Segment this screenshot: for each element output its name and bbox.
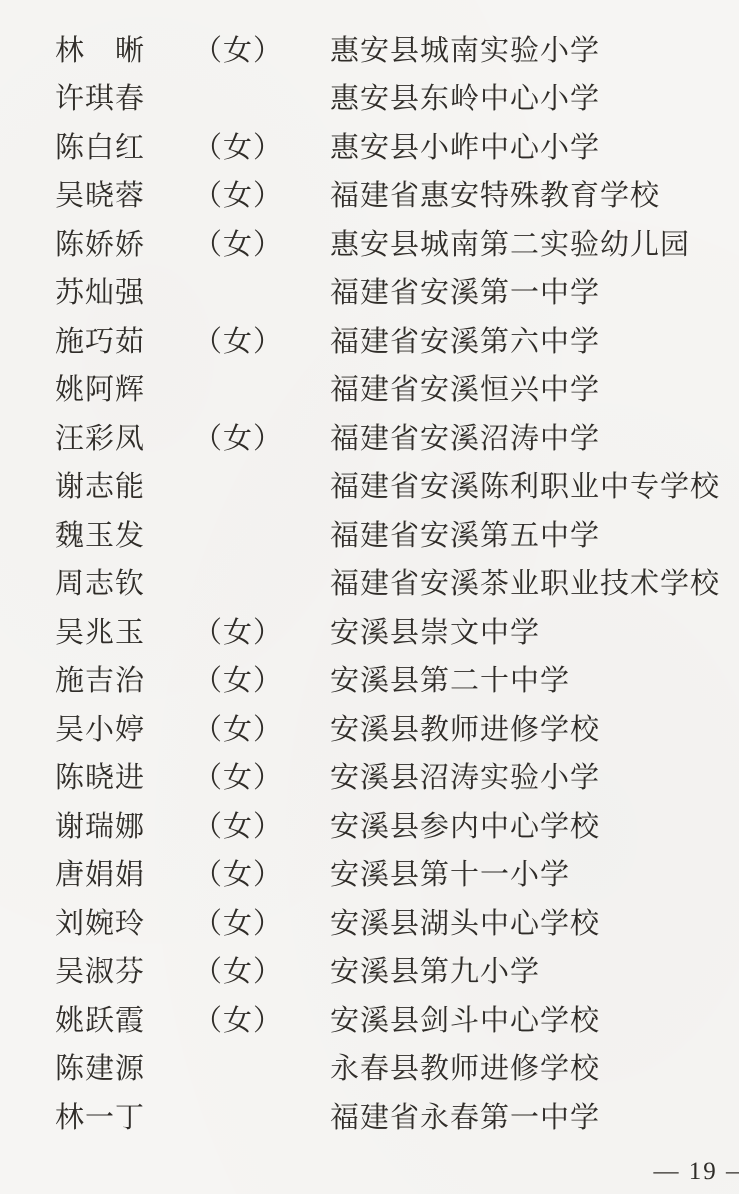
- gender-label: （女）: [193, 852, 330, 893]
- school-name: 惠安县城南第二实验幼儿园: [330, 222, 739, 263]
- gender-label: （女）: [193, 222, 330, 263]
- person-name: 姚阿辉: [55, 367, 193, 408]
- person-name: 陈晓进: [55, 755, 193, 796]
- school-name: 福建省安溪陈利职业中专学校: [330, 464, 739, 505]
- gender-label: （女）: [193, 319, 330, 360]
- gender-label: （女）: [193, 707, 330, 748]
- school-name: 福建省安溪恒兴中学: [330, 367, 739, 408]
- person-name: 汪彩凤: [55, 416, 193, 457]
- person-name: 施吉治: [55, 658, 193, 699]
- person-name: 魏玉发: [55, 513, 193, 554]
- person-name: 吴兆玉: [55, 610, 193, 651]
- roster-row: 陈白红 （女） 惠安县小岞中心小学: [0, 121, 739, 170]
- roster-row: 施吉治 （女） 安溪县第二十中学: [0, 655, 739, 704]
- school-name: 福建省惠安特殊教育学校: [330, 173, 739, 214]
- gender-label: （女）: [193, 28, 330, 69]
- person-name: 林一丁: [55, 1095, 193, 1136]
- person-name: 陈建源: [55, 1046, 193, 1087]
- roster-row: 施巧茹 （女） 福建省安溪第六中学: [0, 315, 739, 364]
- roster-row: 林一丁 福建省永春第一中学: [0, 1091, 739, 1140]
- roster-row: 汪彩凤 （女） 福建省安溪沼涛中学: [0, 412, 739, 461]
- gender-label: （女）: [193, 804, 330, 845]
- school-name: 福建省安溪茶业职业技术学校: [330, 561, 739, 602]
- roster-table: 林 晰 （女） 惠安县城南实验小学 许琪春 惠安县东岭中心小学 陈白红 （女） …: [0, 24, 739, 1140]
- roster-row: 谢志能 福建省安溪陈利职业中专学校: [0, 461, 739, 510]
- person-name: 姚跃霞: [55, 998, 193, 1039]
- person-name: 唐娟娟: [55, 852, 193, 893]
- school-name: 安溪县第二十中学: [330, 658, 739, 699]
- roster-row: 许琪春 惠安县东岭中心小学: [0, 73, 739, 122]
- roster-row: 魏玉发 福建省安溪第五中学: [0, 509, 739, 558]
- roster-row: 姚阿辉 福建省安溪恒兴中学: [0, 364, 739, 413]
- school-name: 安溪县剑斗中心学校: [330, 998, 739, 1039]
- gender-label: （女）: [193, 755, 330, 796]
- school-name: 惠安县小岞中心小学: [330, 125, 739, 166]
- school-name: 福建省安溪第一中学: [330, 270, 739, 311]
- person-name: 许琪春: [55, 76, 193, 117]
- roster-row: 谢瑞娜 （女） 安溪县参内中心学校: [0, 800, 739, 849]
- roster-row: 唐娟娟 （女） 安溪县第十一小学: [0, 849, 739, 898]
- person-name: 吴晓蓉: [55, 173, 193, 214]
- person-name: 吴小婷: [55, 707, 193, 748]
- gender-label: （女）: [193, 416, 330, 457]
- school-name: 安溪县第十一小学: [330, 852, 739, 893]
- gender-label: （女）: [193, 949, 330, 990]
- roster-row: 吴淑芬 （女） 安溪县第九小学: [0, 946, 739, 995]
- gender-label: （女）: [193, 658, 330, 699]
- person-name: 陈白红: [55, 125, 193, 166]
- school-name: 惠安县东岭中心小学: [330, 76, 739, 117]
- school-name: 福建省永春第一中学: [330, 1095, 739, 1136]
- roster-row: 陈建源 永春县教师进修学校: [0, 1043, 739, 1092]
- school-name: 安溪县湖头中心学校: [330, 901, 739, 942]
- school-name: 惠安县城南实验小学: [330, 28, 739, 69]
- gender-label: （女）: [193, 610, 330, 651]
- gender-label: （女）: [193, 998, 330, 1039]
- person-name: 吴淑芬: [55, 949, 193, 990]
- roster-row: 周志钦 福建省安溪茶业职业技术学校: [0, 558, 739, 607]
- roster-row: 陈娇娇 （女） 惠安县城南第二实验幼儿园: [0, 218, 739, 267]
- school-name: 永春县教师进修学校: [330, 1046, 739, 1087]
- gender-label: （女）: [193, 901, 330, 942]
- roster-row: 吴晓蓉 （女） 福建省惠安特殊教育学校: [0, 170, 739, 219]
- roster-row: 吴小婷 （女） 安溪县教师进修学校: [0, 703, 739, 752]
- school-name: 安溪县教师进修学校: [330, 707, 739, 748]
- person-name: 施巧茹: [55, 319, 193, 360]
- school-name: 安溪县沼涛实验小学: [330, 755, 739, 796]
- school-name: 安溪县参内中心学校: [330, 804, 739, 845]
- roster-row: 吴兆玉 （女） 安溪县崇文中学: [0, 606, 739, 655]
- person-name: 谢志能: [55, 464, 193, 505]
- person-name: 苏灿强: [55, 270, 193, 311]
- person-name: 陈娇娇: [55, 222, 193, 263]
- school-name: 安溪县崇文中学: [330, 610, 739, 651]
- roster-row: 陈晓进 （女） 安溪县沼涛实验小学: [0, 752, 739, 801]
- school-name: 福建省安溪第五中学: [330, 513, 739, 554]
- school-name: 福建省安溪沼涛中学: [330, 416, 739, 457]
- document-page: 林 晰 （女） 惠安县城南实验小学 许琪春 惠安县东岭中心小学 陈白红 （女） …: [0, 0, 739, 1194]
- roster-row: 姚跃霞 （女） 安溪县剑斗中心学校: [0, 994, 739, 1043]
- gender-label: （女）: [193, 173, 330, 214]
- roster-row: 林 晰 （女） 惠安县城南实验小学: [0, 24, 739, 73]
- roster-row: 刘婉玲 （女） 安溪县湖头中心学校: [0, 897, 739, 946]
- gender-label: （女）: [193, 125, 330, 166]
- school-name: 福建省安溪第六中学: [330, 319, 739, 360]
- person-name: 刘婉玲: [55, 901, 193, 942]
- page-number: — 19 —: [654, 1158, 739, 1186]
- person-name: 周志钦: [55, 561, 193, 602]
- school-name: 安溪县第九小学: [330, 949, 739, 990]
- person-name: 谢瑞娜: [55, 804, 193, 845]
- person-name: 林 晰: [55, 28, 193, 69]
- roster-row: 苏灿强 福建省安溪第一中学: [0, 267, 739, 316]
